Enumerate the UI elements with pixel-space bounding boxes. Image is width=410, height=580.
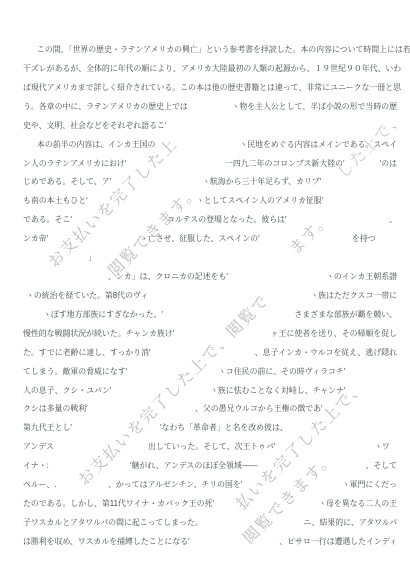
text-line-fragment: を持つ [352, 234, 376, 244]
text-line-fragment: ヽ族に怯むことなく対峙し、チャンナ′ [210, 386, 345, 396]
text-line-fragment: 、そして [365, 461, 397, 471]
text-line-fragment: 、父の愚兄ウルコから王権の徴であ′ [195, 404, 323, 414]
text-line-fragment: 一四九二年のコロンブス新大陸の′ [225, 159, 345, 169]
text-line-fragment: ン人のラテンアメリカにおけ′ [23, 159, 126, 169]
text-line-fragment: コルテスの登場となった。彼らは′ [167, 215, 287, 225]
text-line-fragment: さまざまな部族が覇を競い、 [294, 310, 397, 320]
text-line-fragment: ヽコ住民の前に、その時ヴィラコチ′ [218, 367, 345, 377]
text-line-fragment: ヽぼす地方部族にすぎなかった。′ [43, 310, 163, 320]
text-line-fragment: ′のは [380, 159, 397, 169]
text-line-fragment: う。各章の中に、ラテンアメリカの歴史上では [23, 102, 188, 112]
text-line-fragment: クシは多量の戦利′ [23, 404, 88, 414]
text-line-fragment: てしまう。敵軍の脅威になす′ [23, 367, 127, 377]
text-line-fragment: ヽ航海から三十年足らず、カリブ′ [202, 177, 321, 187]
text-line-fragment: ば現代アメリカまで詳しく紹介されている。この本は他の歴史書籍とは違って、非常にユ… [23, 83, 401, 93]
text-line-fragment: 、かってはアルゼンチン、チリの国を′ [108, 480, 242, 490]
text-line-fragment: イナ・: [23, 461, 49, 471]
text-line-fragment: この間、「世界の歴史・ラテンアメリカの興亡」という参考書を拝読した。本の内容につ… [37, 45, 410, 55]
text-line-fragment: ヶ王に使者を送り、その帰順を促し [271, 329, 397, 339]
text-line-fragment: ヽワ [374, 442, 390, 452]
document-page: この間、「世界の歴史・ラテンアメリカの興亡」という参考書を拝読した。本の内容につ… [0, 0, 410, 580]
text-line-fragment: 、ピサロ一行は遭遇したインディ [279, 537, 397, 547]
text-line-fragment: 出していった。そして、次王トゥパ′ [148, 442, 275, 452]
text-line-fragment: 、息子インカ・ウルコを従え、逃げ隠れ [255, 348, 397, 358]
text-line-fragment: 子ワスカルとアタワルパの間に起こってしまった。 [23, 518, 203, 528]
text-line-fragment: ′なわち「革命者」と名を改め彼は、 [160, 423, 288, 433]
payment-watermark: 閲覧できます。 [105, 183, 203, 281]
text-line-fragment: ヽ族はただクスコ一帯に [310, 291, 397, 301]
text-line-fragment: 本の前半の内容は、インカ王国の [37, 140, 155, 150]
text-line-fragment: ヽとしてスペイン人のアメリカ征服′ [196, 196, 323, 206]
text-line-fragment: ヽ物を主人公として、半ば小説の形で当時の歴 [231, 102, 397, 112]
text-line-fragment: ヽ民地をめぐる内容はメインである。スペイ [239, 140, 397, 150]
text-line-fragment: 、ンカ」は、クロニカの記述をも′ [108, 272, 228, 282]
text-line-fragment: たのである。しかし、第11代ワイナ・カパック王の死′ [23, 499, 214, 509]
text-line-fragment: 第九代王とし′ [23, 423, 72, 433]
text-line-fragment: ンカ帝′ [23, 234, 48, 244]
text-line-fragment: ヽ母を異なる二人の王 [318, 499, 397, 509]
text-line-fragment: 」 [88, 253, 96, 263]
text-line-fragment: 、 [389, 215, 397, 225]
text-line-fragment: 人の息子、クシ・ユパン′ [23, 386, 111, 396]
text-line-fragment: アンデス [23, 442, 54, 452]
text-line-fragment: である。そこ′ [23, 215, 72, 225]
text-line-fragment: 干ズレがあるが、全体的に年代の順により、アメリカ大陸最初の人類の起源から、１９世… [23, 64, 401, 74]
text-line-fragment: じめである。そして、ア′ [23, 177, 111, 187]
text-line-fragment: も南の本土もひと′ [23, 196, 88, 206]
text-line-fragment: た。すでに老齢に達し、すっかり消′ [23, 348, 151, 358]
text-line-fragment: 慢性的な戦闘状況が続いた。チャンカ族け′ [23, 329, 174, 339]
payment-watermark: ます。 [286, 210, 335, 259]
text-line-fragment: ニ、結果的に、アタワルパ [303, 518, 397, 528]
text-line-fragment: ヽのインカ王朝系譜 [326, 272, 397, 282]
text-line-fragment: ヽの統治を経ていた。第8代のヴィ [26, 291, 148, 301]
text-line-fragment: は勝利を収め、ワスカルを捕縛したことになる′ [23, 537, 190, 547]
text-line-fragment: ′継がれ、アンデスのほぼ全領域―― [130, 461, 258, 471]
text-line-fragment: ペルー、. [23, 480, 56, 490]
text-line-fragment: ヽ亡させ、征服した、スペインの′ [140, 234, 260, 244]
text-line-fragment: 史や、文明、社会などをそれぞれ語るこ′ [23, 121, 166, 131]
text-line-fragment: ヽ軍門にくだっ [342, 480, 397, 490]
